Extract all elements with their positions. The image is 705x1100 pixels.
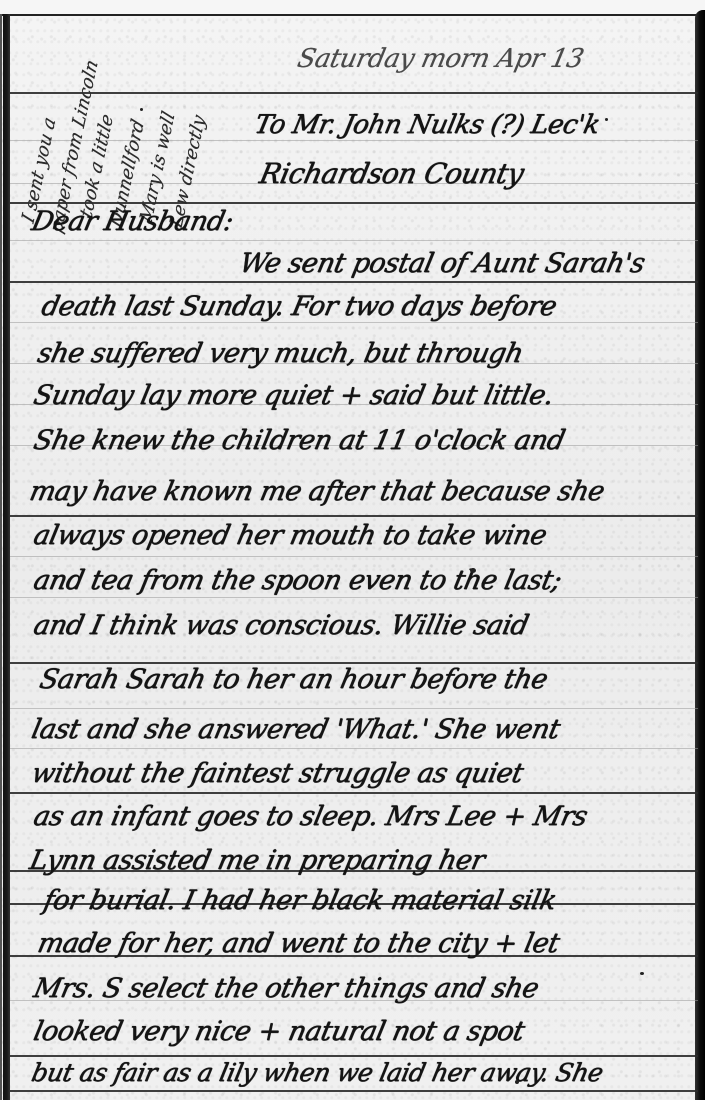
ruled-line (10, 515, 698, 517)
letter-body-line: without the faintest struggle as quiet (29, 760, 525, 787)
page-left-border (3, 14, 10, 1100)
page-left-edge (0, 14, 2, 1100)
ruled-line (10, 792, 698, 794)
letter-body-line: Sunday lay more quiet + said but little. (31, 382, 556, 409)
page-top-edge (0, 0, 705, 16)
letter-page: I sent you a paper from Lincoln took a l… (0, 0, 705, 1100)
letter-salutation: Dear Husband: (29, 208, 235, 235)
letter-body-line: We sent postal of Aunt Sarah's (237, 250, 647, 277)
ruled-line (10, 1090, 698, 1092)
letter-body-line: for burial. I had her black material sil… (41, 887, 559, 914)
ruled-line (10, 597, 698, 598)
letter-body-line: made for her, and went to the city + let (35, 930, 561, 957)
letter-body-line: death last Sunday. For two days before (39, 293, 559, 320)
ruled-line (10, 322, 698, 323)
letter-body-line: She knew the children at 11 o'clock and (31, 427, 567, 454)
ink-speck (515, 1080, 519, 1084)
ink-speck (640, 972, 644, 975)
letter-body-line: may have known me after that because she (27, 478, 607, 505)
ink-speck (140, 108, 143, 111)
ruled-line (10, 1055, 698, 1057)
letter-recipient: To Mr. John Nulks (?) Lec'k (252, 112, 602, 138)
letter-body-line: Lynn assisted me in preparing her (27, 847, 487, 874)
ruled-line (10, 240, 698, 241)
letter-body-line: Sarah Sarah to her an hour before the (37, 666, 550, 693)
letter-body-line: Mrs. S select the other things and she (31, 975, 541, 1002)
letter-body-line: always opened her mouth to take wine (31, 522, 549, 549)
ink-speck (605, 118, 608, 121)
letter-body-line: and I think was conscious. Willie said (31, 612, 530, 639)
letter-date: Saturday morn Apr 13 (295, 46, 586, 72)
ruled-line (10, 748, 698, 749)
page-right-border (695, 10, 705, 1100)
ruled-line (10, 708, 698, 709)
letter-body-line: as an infant goes to sleep. Mrs Lee + Mr… (31, 803, 589, 830)
ink-speck (540, 680, 543, 683)
letter-body-line: and tea from the spoon even to the last; (31, 567, 564, 594)
letter-body-line: she suffered very much, but through (35, 340, 525, 367)
ink-speck (470, 568, 476, 573)
letter-body-line: looked very nice + natural not a spot (31, 1018, 526, 1045)
ruled-line (10, 556, 698, 557)
letter-body-line: last and she answered 'What.' She went (29, 716, 562, 743)
ruled-line (10, 281, 698, 283)
letter-location: Richardson County (257, 160, 526, 188)
